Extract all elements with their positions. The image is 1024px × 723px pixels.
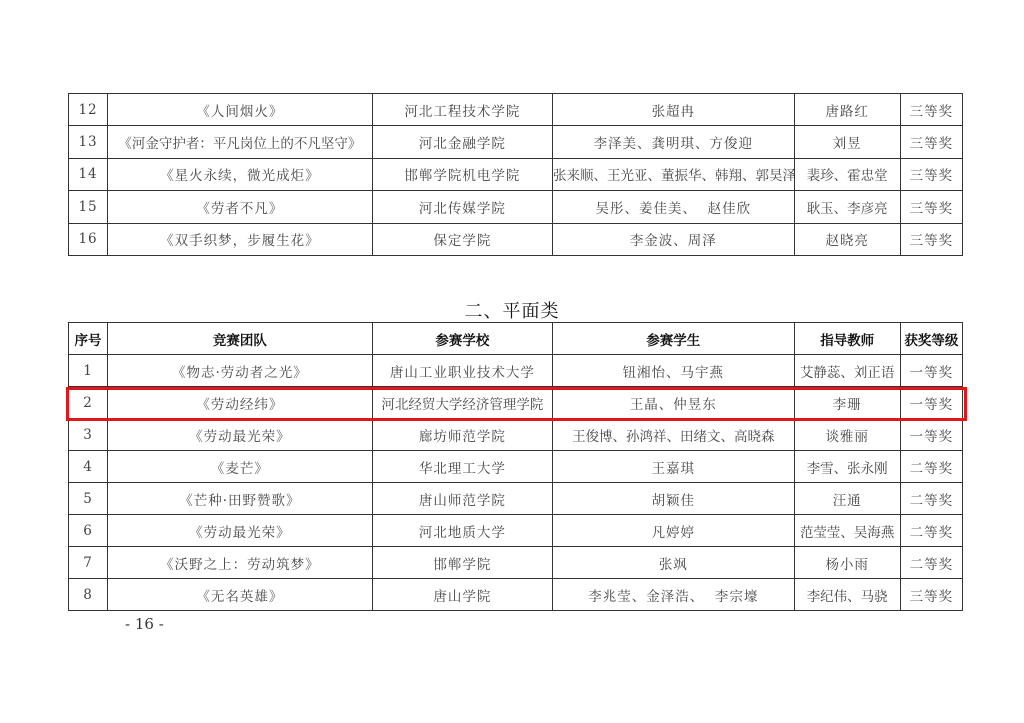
- cell-students: 李兆莹、金泽浩、 李宗壕: [553, 579, 795, 611]
- cell-students: 吴彤、姜佳美、 赵佳欣: [553, 191, 795, 223]
- cell-school: 唐山工业职业技术大学: [372, 355, 552, 387]
- cell-no: 6: [69, 515, 108, 547]
- cell-no: 5: [69, 483, 108, 515]
- table-row: 15 《劳者不凡》 河北传媒学院 吴彤、姜佳美、 赵佳欣 耿玉、李彦亮 三等奖: [69, 191, 963, 223]
- cell-students: 王俊博、孙鸿祥、田绪文、高晓森: [553, 419, 795, 451]
- cell-award: 三等奖: [900, 223, 962, 255]
- cell-teacher: 杨小雨: [794, 547, 900, 579]
- cell-award: 一等奖: [900, 355, 962, 387]
- header-teacher: 指导教师: [794, 323, 900, 355]
- cell-team: 《人间烟火》: [108, 94, 373, 126]
- cell-award: 三等奖: [900, 126, 962, 158]
- page-number: - 16 -: [125, 615, 164, 633]
- cell-teacher: 耿玉、李彦亮: [794, 191, 900, 223]
- header-students: 参赛学生: [553, 323, 795, 355]
- section-title: 二、平面类: [0, 297, 1024, 323]
- cell-no: 16: [69, 223, 108, 255]
- cell-school: 邯郸学院: [372, 547, 552, 579]
- table-row: 4 《麦芒》 华北理工大学 王嘉琪 李雪、张永刚 二等奖: [69, 451, 963, 483]
- table-header-row: 序号 竞赛团队 参赛学校 参赛学生 指导教师 获奖等级: [69, 323, 963, 355]
- cell-teacher: 唐路红: [794, 94, 900, 126]
- table-row-highlighted: 2 《劳动经纬》 河北经贸大学经济管理学院 王晶、仲昱东 李珊 一等奖: [69, 387, 963, 419]
- cell-no: 2: [69, 387, 108, 419]
- cell-school: 唐山学院: [372, 579, 552, 611]
- table-row: 6 《劳动最光荣》 河北地质大学 凡婷婷 范莹莹、吴海燕 二等奖: [69, 515, 963, 547]
- cell-students: 张来顺、王光亚、董振华、韩翔、郭昊泽: [553, 158, 795, 190]
- cell-no: 4: [69, 451, 108, 483]
- cell-teacher: 裴珍、霍忠堂: [794, 158, 900, 190]
- cell-students: 李泽美、龚明琪、方俊迎: [553, 126, 795, 158]
- cell-school: 唐山师范学院: [372, 483, 552, 515]
- cell-team: 《麦芒》: [108, 451, 373, 483]
- cell-award: 二等奖: [900, 547, 962, 579]
- cell-team: 《物志·劳动者之光》: [108, 355, 373, 387]
- cell-team: 《双手织梦，步履生花》: [108, 223, 373, 255]
- cell-award: 二等奖: [900, 451, 962, 483]
- cell-teacher: 赵晓亮: [794, 223, 900, 255]
- cell-teacher: 谈雅丽: [794, 419, 900, 451]
- cell-teacher: 范莹莹、吴海燕: [794, 515, 900, 547]
- cell-school: 河北工程技术学院: [372, 94, 552, 126]
- cell-students: 王嘉琪: [553, 451, 795, 483]
- cell-school: 河北经贸大学经济管理学院: [372, 387, 552, 419]
- cell-teacher: 汪通: [794, 483, 900, 515]
- cell-school: 保定学院: [372, 223, 552, 255]
- cell-teacher: 李纪伟、马骁: [794, 579, 900, 611]
- cell-school: 河北传媒学院: [372, 191, 552, 223]
- table-row: 13 《河金守护者：平凡岗位上的不凡坚守》 河北金融学院 李泽美、龚明琪、方俊迎…: [69, 126, 963, 158]
- cell-teacher: 艾静蕊、刘正语: [794, 355, 900, 387]
- cell-award: 一等奖: [900, 419, 962, 451]
- cell-team: 《劳动经纬》: [108, 387, 373, 419]
- cell-school: 邯郸学院机电学院: [372, 158, 552, 190]
- awards-table-graphic: 序号 竞赛团队 参赛学校 参赛学生 指导教师 获奖等级 1 《物志·劳动者之光》…: [68, 322, 963, 611]
- table-row: 7 《沃野之上：劳动筑梦》 邯郸学院 张飒 杨小雨 二等奖: [69, 547, 963, 579]
- header-team: 竞赛团队: [108, 323, 373, 355]
- table-row: 1 《物志·劳动者之光》 唐山工业职业技术大学 钮湘怡、马宇燕 艾静蕊、刘正语 …: [69, 355, 963, 387]
- cell-award: 二等奖: [900, 515, 962, 547]
- cell-school: 河北金融学院: [372, 126, 552, 158]
- header-school: 参赛学校: [372, 323, 552, 355]
- cell-award: 二等奖: [900, 483, 962, 515]
- cell-team: 《河金守护者：平凡岗位上的不凡坚守》: [108, 126, 373, 158]
- cell-award: 一等奖: [900, 387, 962, 419]
- awards-table-continued: 12 《人间烟火》 河北工程技术学院 张超冉 唐路红 三等奖 13 《河金守护者…: [68, 93, 963, 256]
- table-row: 16 《双手织梦，步履生花》 保定学院 李金波、周泽 赵晓亮 三等奖: [69, 223, 963, 255]
- cell-team: 《无名英雄》: [108, 579, 373, 611]
- header-award: 获奖等级: [900, 323, 962, 355]
- cell-no: 13: [69, 126, 108, 158]
- cell-teacher: 李雪、张永刚: [794, 451, 900, 483]
- cell-school: 华北理工大学: [372, 451, 552, 483]
- cell-team: 《劳动最光荣》: [108, 419, 373, 451]
- cell-team: 《星火永续，微光成炬》: [108, 158, 373, 190]
- cell-team: 《劳者不凡》: [108, 191, 373, 223]
- cell-no: 7: [69, 547, 108, 579]
- cell-school: 河北地质大学: [372, 515, 552, 547]
- cell-school: 廊坊师范学院: [372, 419, 552, 451]
- cell-students: 李金波、周泽: [553, 223, 795, 255]
- cell-no: 8: [69, 579, 108, 611]
- cell-students: 凡婷婷: [553, 515, 795, 547]
- cell-team: 《沃野之上：劳动筑梦》: [108, 547, 373, 579]
- cell-students: 王晶、仲昱东: [553, 387, 795, 419]
- cell-award: 三等奖: [900, 94, 962, 126]
- cell-award: 三等奖: [900, 579, 962, 611]
- table-row: 8 《无名英雄》 唐山学院 李兆莹、金泽浩、 李宗壕 李纪伟、马骁 三等奖: [69, 579, 963, 611]
- table-row: 12 《人间烟火》 河北工程技术学院 张超冉 唐路红 三等奖: [69, 94, 963, 126]
- cell-teacher: 李珊: [794, 387, 900, 419]
- cell-students: 胡颖佳: [553, 483, 795, 515]
- cell-award: 三等奖: [900, 158, 962, 190]
- table-row: 14 《星火永续，微光成炬》 邯郸学院机电学院 张来顺、王光亚、董振华、韩翔、郭…: [69, 158, 963, 190]
- cell-no: 14: [69, 158, 108, 190]
- cell-team: 《芒种·田野赞歌》: [108, 483, 373, 515]
- cell-students: 张超冉: [553, 94, 795, 126]
- table-row: 3 《劳动最光荣》 廊坊师范学院 王俊博、孙鸿祥、田绪文、高晓森 谈雅丽 一等奖: [69, 419, 963, 451]
- cell-students: 张飒: [553, 547, 795, 579]
- cell-no: 12: [69, 94, 108, 126]
- cell-no: 15: [69, 191, 108, 223]
- cell-no: 1: [69, 355, 108, 387]
- header-no: 序号: [69, 323, 108, 355]
- cell-team: 《劳动最光荣》: [108, 515, 373, 547]
- table-row: 5 《芒种·田野赞歌》 唐山师范学院 胡颖佳 汪通 二等奖: [69, 483, 963, 515]
- cell-no: 3: [69, 419, 108, 451]
- cell-teacher: 刘昱: [794, 126, 900, 158]
- cell-students: 钮湘怡、马宇燕: [553, 355, 795, 387]
- cell-award: 三等奖: [900, 191, 962, 223]
